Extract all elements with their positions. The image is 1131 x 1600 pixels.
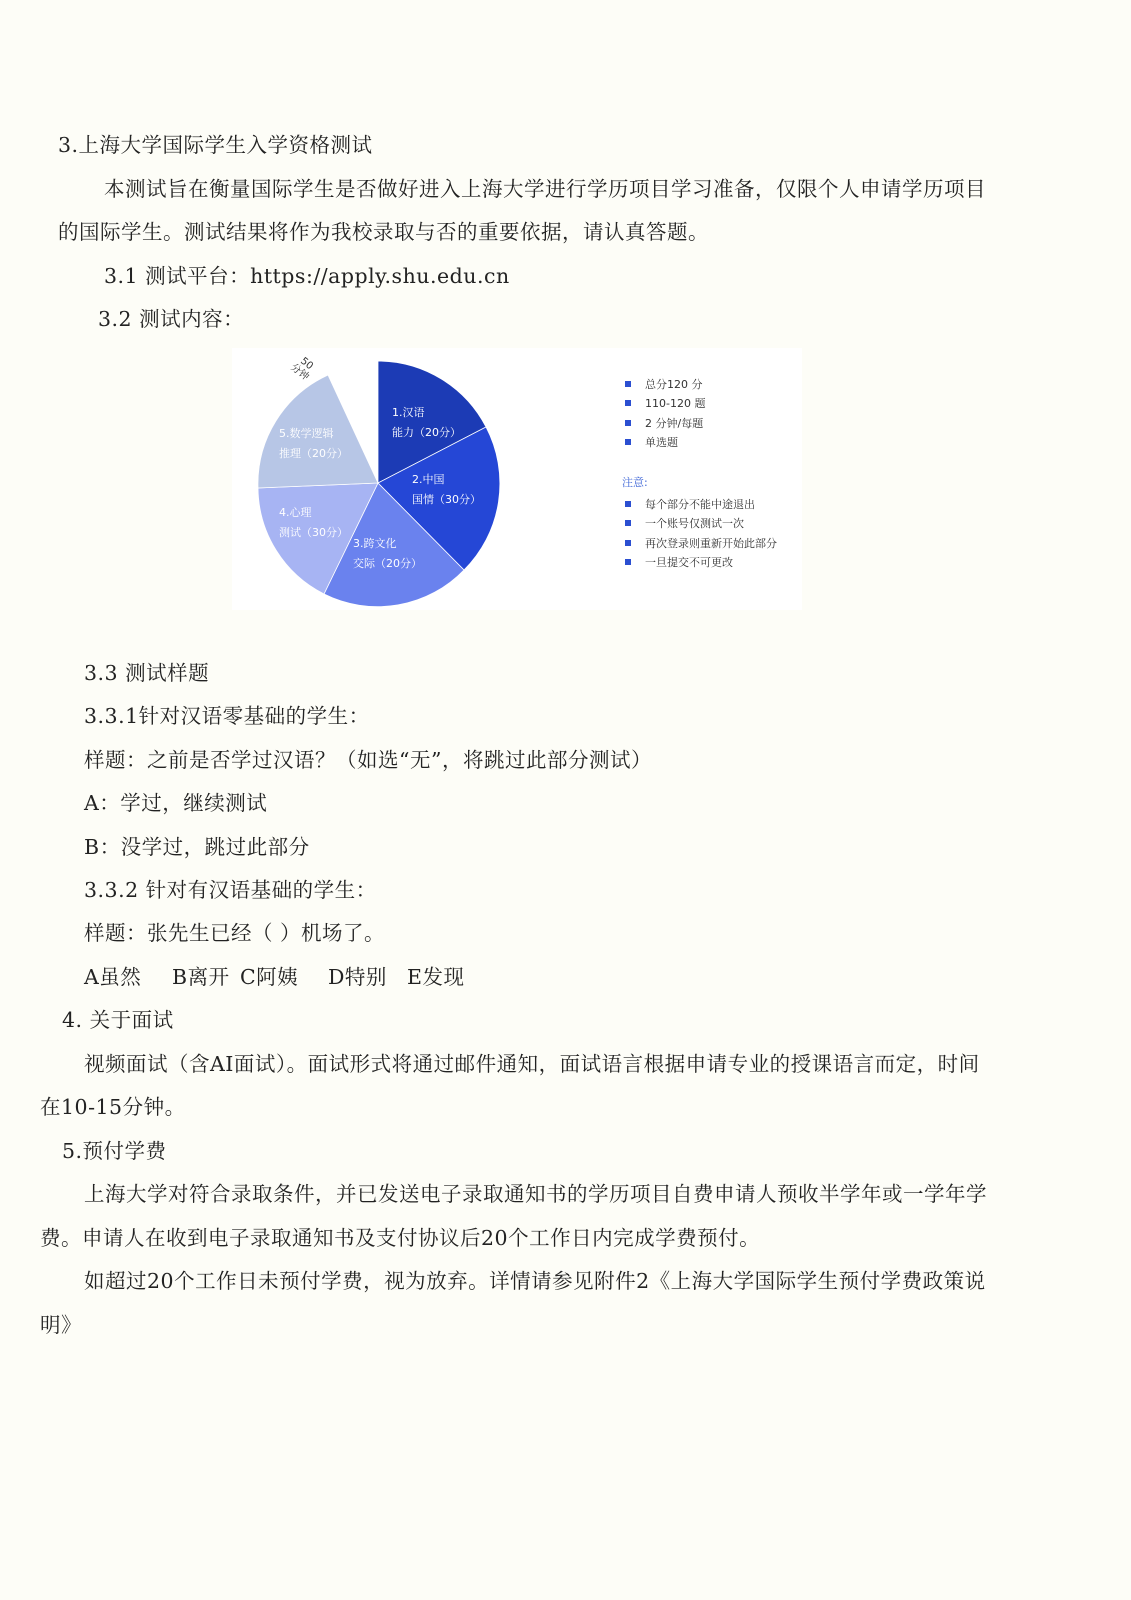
option-e: E发现 [407,963,464,991]
pie-chart: 1.汉语 能力（20分） 2.中国 国情（30分） 3.跨文化 交际（20分） … [232,348,622,610]
legend-note-item: 每个部分不能中途退出 [622,494,777,514]
section5-para1-line2: 费。申请人在收到电子录取通知书及支付协议后20个工作日内完成学费预付。 [40,1224,760,1252]
section5-para2-line2: 明》 [40,1311,82,1339]
zero-basis-question: 样题：之前是否学过汉语？（如选“无”，将跳过此部分测试） [84,746,652,774]
square-bullet-icon [625,381,631,387]
legend-note-title: 注意: [622,474,777,490]
slice-4-label-line1: 4.心理 [279,506,312,519]
test-content-heading: 3.2 测试内容： [98,305,244,333]
slice-2-label-line2: 国情（30分） [412,492,481,506]
option-a: A虽然 [84,963,141,991]
legend-item: 2 分钟/每题 [622,413,777,433]
legend-note-item: 一旦提交不可更改 [622,553,777,573]
basis-question: 样题：张先生已经（ ）机场了。 [84,919,385,947]
zero-basis-option-b: B：没学过，跳过此部分 [84,833,310,861]
slice-1-label-line1: 1.汉语 [392,406,425,419]
section4-body-line1: 视频面试（含AI面试）。面试形式将通过邮件通知，面试语言根据申请专业的授课语言而… [84,1050,980,1078]
legend-item: 总分120 分 [622,374,777,394]
option-c: C阿姨 [240,963,298,991]
section5-para1-line1: 上海大学对符合录取条件，并已发送电子录取通知书的学历项目自费申请人预收半学年或一… [84,1180,987,1208]
section3-intro-line1: 本测试旨在衡量国际学生是否做好进入上海大学进行学历项目学习准备，仅限个人申请学历… [104,175,986,203]
slice-3-label-line1: 3.跨文化 [353,536,397,550]
slice-4-label-line2: 测试（30分） [279,525,348,539]
section4-body-line2: 在10-15分钟。 [40,1093,186,1121]
test-platform-line: 3.1 测试平台：https://apply.shu.edu.cn [104,262,510,290]
slice-1-label-line2: 能力（20分） [392,425,461,439]
square-bullet-icon [625,520,631,526]
option-d: D特别 [328,963,387,991]
zero-basis-heading: 3.3.1针对汉语零基础的学生： [84,702,370,730]
slice-5-label-line1: 5.数学逻辑 [279,426,334,440]
square-bullet-icon [625,400,631,406]
test-content-chart: 1.汉语 能力（20分） 2.中国 国情（30分） 3.跨文化 交际（20分） … [232,348,802,610]
section5-title: 5.预付学费 [62,1137,167,1165]
legend-note-item: 一个账号仅测试一次 [622,514,777,534]
slice-3-label-line2: 交际（20分） [353,556,422,570]
slice-5-label-line2: 推理（20分） [279,446,348,460]
zero-basis-option-a: A：学过，继续测试 [84,789,267,817]
legend-item: 单选题 [622,433,777,453]
basis-heading: 3.3.2 针对有汉语基础的学生： [84,876,377,904]
square-bullet-icon [625,540,631,546]
legend-item: 110-120 题 [622,394,777,414]
section5-para2-line1: 如超过20个工作日未预付学费，视为放弃。详情请参见附件2《上海大学国际学生预付学… [84,1267,986,1295]
section3-title: 3.上海大学国际学生入学资格测试 [58,131,373,159]
slice-2-label-line1: 2.中国 [412,472,445,486]
section3-intro-line2: 的国际学生。测试结果将作为我校录取与否的重要依据，请认真答题。 [58,218,709,246]
chart-legend: 总分120 分 110-120 题 2 分钟/每题 单选题 注意: 每个部分不能… [622,374,777,572]
square-bullet-icon [625,439,631,445]
legend-note-item: 再次登录则重新开始此部分 [622,533,777,553]
sample-heading: 3.3 测试样题 [84,659,209,687]
square-bullet-icon [625,420,631,426]
square-bullet-icon [625,501,631,507]
section4-title: 4. 关于面试 [62,1006,174,1034]
square-bullet-icon [625,559,631,565]
option-b: B离开 [172,963,230,991]
